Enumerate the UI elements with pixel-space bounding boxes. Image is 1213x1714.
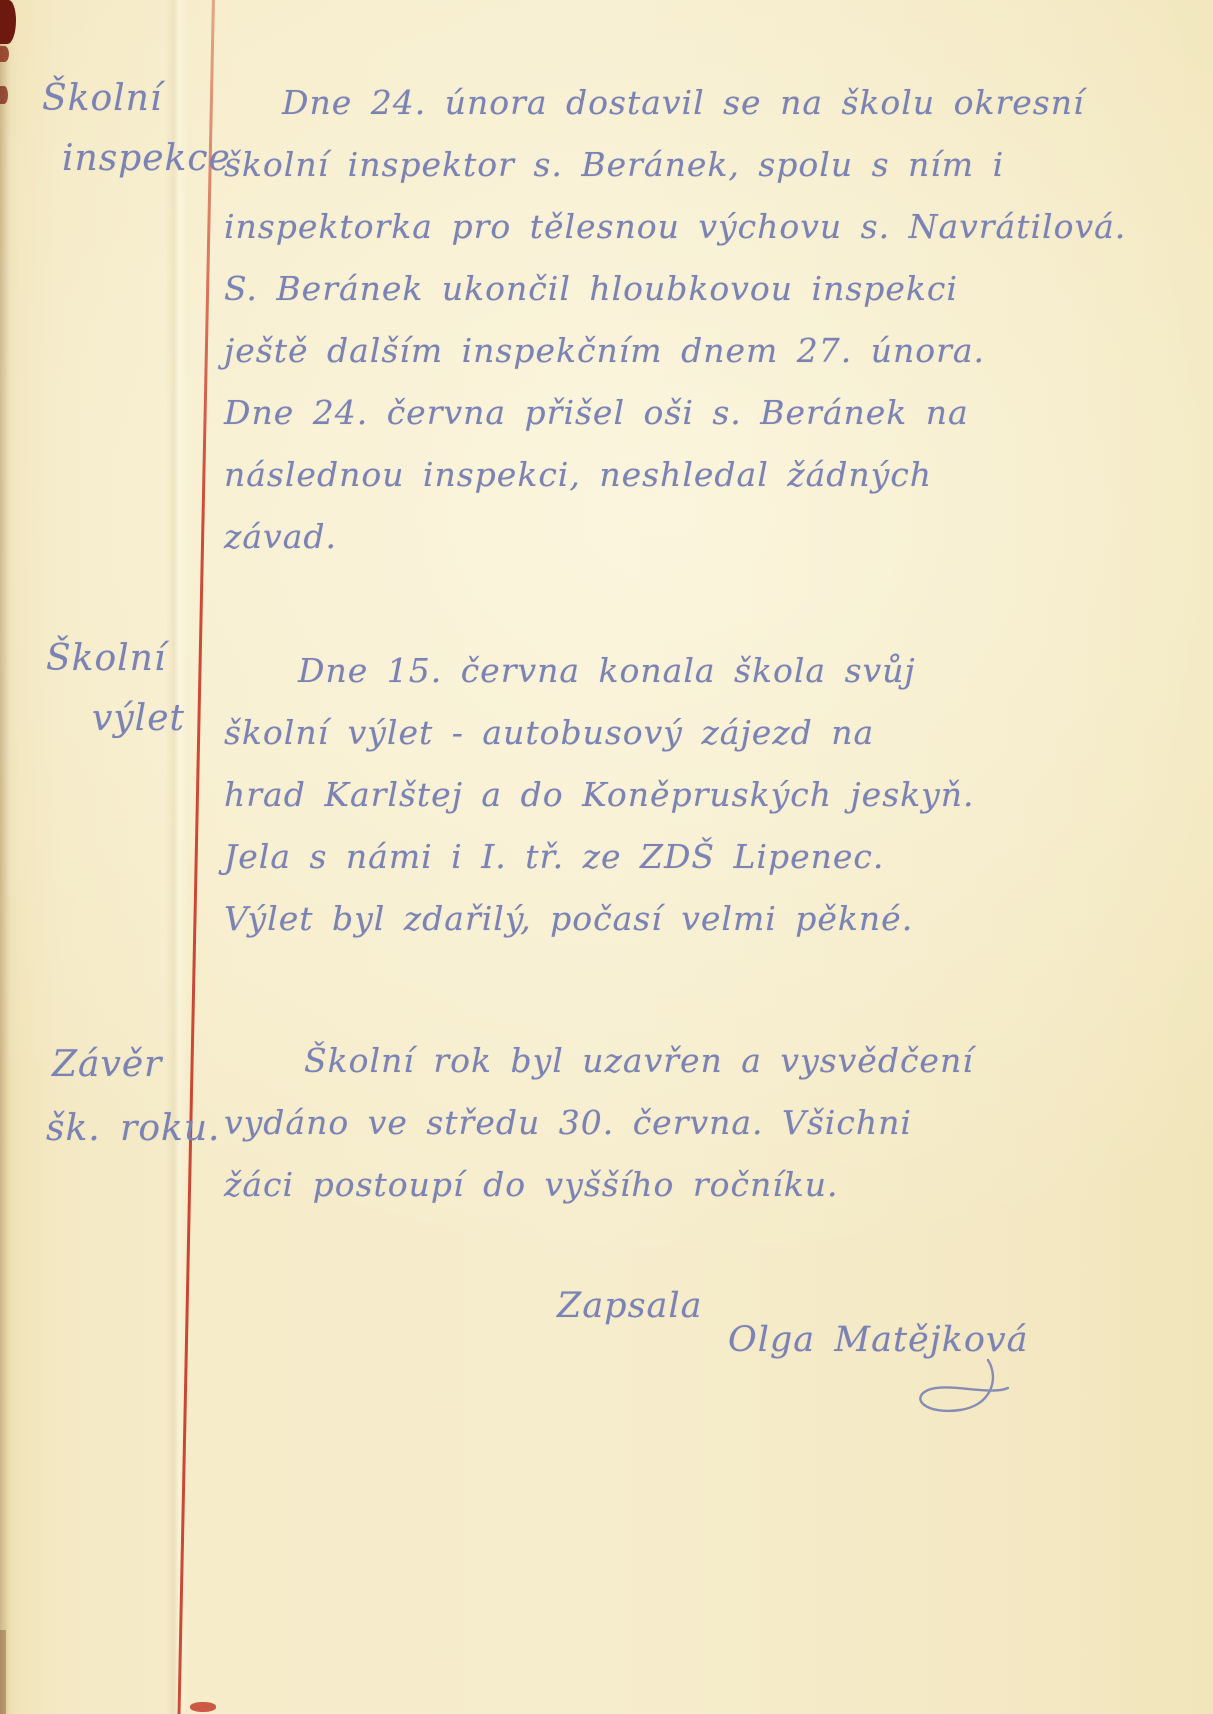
handwritten-line: závad.: [224, 506, 1164, 568]
handwritten-line: Dne 15. června konala škola svůj: [224, 640, 1164, 702]
scan-edge-stain: [0, 46, 9, 62]
scan-edge-stain: [190, 1702, 216, 1712]
handwritten-line: Dne 24. června přišel oši s. Beránek na: [224, 382, 1164, 444]
paragraph-trip: Dne 15. června konala škola svůj školní …: [224, 640, 1164, 950]
handwritten-line: žáci postoupí do vyššího ročníku.: [224, 1154, 1164, 1216]
signature-name: Olga Matějková: [728, 1320, 1029, 1360]
scan-edge-shadow: [0, 0, 10, 1714]
signature-flourish: [870, 1358, 1010, 1428]
handwritten-line: vydáno ve středu 30. června. Všichni: [224, 1092, 1164, 1154]
signature-label: Zapsala: [557, 1286, 702, 1326]
margin-note-year-end-line2: šk. roku.: [46, 1108, 221, 1149]
margin-note-trip-line1: Školní: [46, 638, 166, 679]
scan-edge-stain: [0, 1630, 6, 1714]
handwritten-line: Školní rok byl uzavřen a vysvědčení: [224, 1030, 1164, 1092]
margin-note-year-end-line1: Závěr: [52, 1044, 162, 1085]
margin-note-inspection-line1: Školní: [42, 78, 162, 119]
paragraph-year-end: Školní rok byl uzavřen a vysvědčení vydá…: [224, 1030, 1164, 1216]
handwritten-line: inspektorka pro tělesnou výchovu s. Navr…: [224, 196, 1164, 258]
handwritten-line: Jela s námi i I. tř. ze ZDŠ Lipenec.: [224, 826, 1164, 888]
handwritten-line: ještě dalším inspekčním dnem 27. února.: [224, 320, 1164, 382]
handwritten-line: S. Beránek ukončil hloubkovou inspekci: [224, 258, 1164, 320]
handwritten-line: následnou inspekci, neshledal žádných: [224, 444, 1164, 506]
margin-note-trip-line2: výlet: [92, 698, 185, 739]
handwritten-line: Dne 24. února dostavil se na školu okres…: [224, 72, 1164, 134]
handwritten-line: hrad Karlštej a do Koněpruských jeskyň.: [224, 764, 1164, 826]
handwritten-line: školní inspektor s. Beránek, spolu s ním…: [224, 134, 1164, 196]
handwritten-line: školní výlet - autobusový zájezd na: [224, 702, 1164, 764]
paragraph-inspection: Dne 24. února dostavil se na školu okres…: [224, 72, 1164, 568]
handwritten-line: Výlet byl zdařilý, počasí velmi pěkné.: [224, 888, 1164, 950]
scan-edge-stain: [0, 86, 8, 104]
margin-note-inspection-line2: inspekce: [62, 138, 231, 179]
scan-edge-stain: [0, 0, 16, 44]
